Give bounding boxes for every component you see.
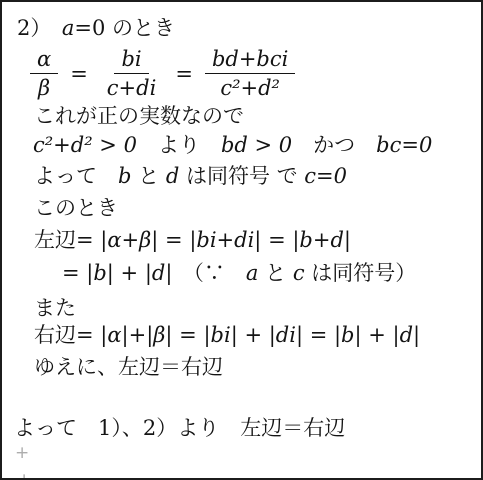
text-segment: c=0 [304, 164, 347, 188]
text-segment: c [293, 261, 305, 285]
text-segment: bc=0 [376, 133, 432, 157]
text-segment: |α+β| [100, 228, 158, 252]
text-segment: ゆえに、左辺＝右辺 [34, 355, 223, 379]
right-side-line: 右辺= |α|+|β| = |bi| + |di| = |b| + |d| [34, 321, 420, 349]
reason-positive-real-line: これが正の実数なので [34, 102, 244, 130]
conclusion-line: よって 1）、2）より 左辺＝右辺 [14, 414, 345, 442]
equals-sign: = [70, 62, 88, 86]
text-segment: 右辺= [34, 323, 100, 347]
text-segment: と [131, 164, 165, 188]
text-segment: よって [34, 164, 118, 188]
fraction-numerator: α [30, 46, 58, 74]
text-segment: = [303, 323, 334, 347]
text-segment: a [246, 261, 259, 285]
text-segment: =0 [74, 16, 105, 40]
text-segment: |b| + |d| [86, 261, 172, 285]
fraction-denominator: β [31, 74, 57, 101]
text-segment: と [258, 261, 292, 285]
equals-sign: = [175, 62, 193, 86]
konotoki-line: このとき [34, 194, 118, 222]
text-segment: b [118, 164, 131, 188]
text-segment: は同符号） [305, 261, 417, 285]
text-segment: c²+d² > 0 [33, 133, 137, 157]
text-segment: かつ [292, 133, 376, 157]
text-segment: のとき [105, 16, 175, 40]
same-sign-line: よって b と d は同符号 で c=0 [34, 162, 347, 190]
text-segment: このとき [34, 196, 118, 220]
left-side-line-2: = |b| + |d| （∵ a と c は同符号） [62, 259, 416, 287]
text-segment: |bi+di| [189, 228, 261, 252]
text-segment: 2） [17, 16, 62, 40]
text-segment: |α|+|β| [100, 323, 172, 347]
text-segment: 左辺= [34, 228, 100, 252]
text-segment: bd > 0 [221, 133, 292, 157]
text-segment: = [173, 323, 204, 347]
text-segment: a [62, 16, 75, 40]
text-segment: |b+d| [292, 228, 351, 252]
fraction-numerator: bi [114, 46, 148, 74]
text-segment: |b| + |d| [334, 323, 420, 347]
text-segment: また [34, 296, 76, 320]
text-segment: d [166, 164, 179, 188]
fraction-bi-over-c-plus-di: bi c+di [100, 46, 164, 101]
fraction-alpha-beta: α β [30, 46, 58, 101]
inequality-line: c²+d² > 0 より bd > 0 かつ bc=0 [33, 131, 432, 159]
fraction-denominator: c+di [100, 74, 164, 101]
text-segment: （∵ [172, 261, 246, 285]
yueni-line: ゆえに、左辺＝右辺 [34, 353, 223, 381]
fraction-equation: α β = bi c+di = bd+bci c²+d² [30, 46, 295, 101]
plus-marker-upper: + [15, 445, 29, 461]
text-segment: |bi| + |di| [203, 323, 303, 347]
text-segment: これが正の実数なので [34, 104, 244, 128]
fraction-numerator: bd+bci [205, 46, 295, 74]
plus-marker-lower: + [17, 472, 31, 480]
fraction-bd-plus-bci: bd+bci c²+d² [205, 46, 295, 101]
fraction-denominator: c²+d² [213, 74, 287, 101]
text-segment: = [62, 261, 86, 285]
mata-line: また [34, 294, 76, 322]
text-segment: は同符号 で [179, 164, 304, 188]
left-side-line-1: 左辺= |α+β| = |bi+di| = |b+d| [34, 226, 351, 254]
text-segment: = [261, 228, 292, 252]
math-proof-page: 2） a=0 のとき α β = bi c+di = bd+bci c²+d² … [0, 0, 483, 480]
text-segment: = [158, 228, 189, 252]
text-segment: よって 1）、2）より 左辺＝右辺 [14, 416, 345, 440]
text-segment: より [137, 133, 221, 157]
case-heading: 2） a=0 のとき [17, 14, 175, 42]
